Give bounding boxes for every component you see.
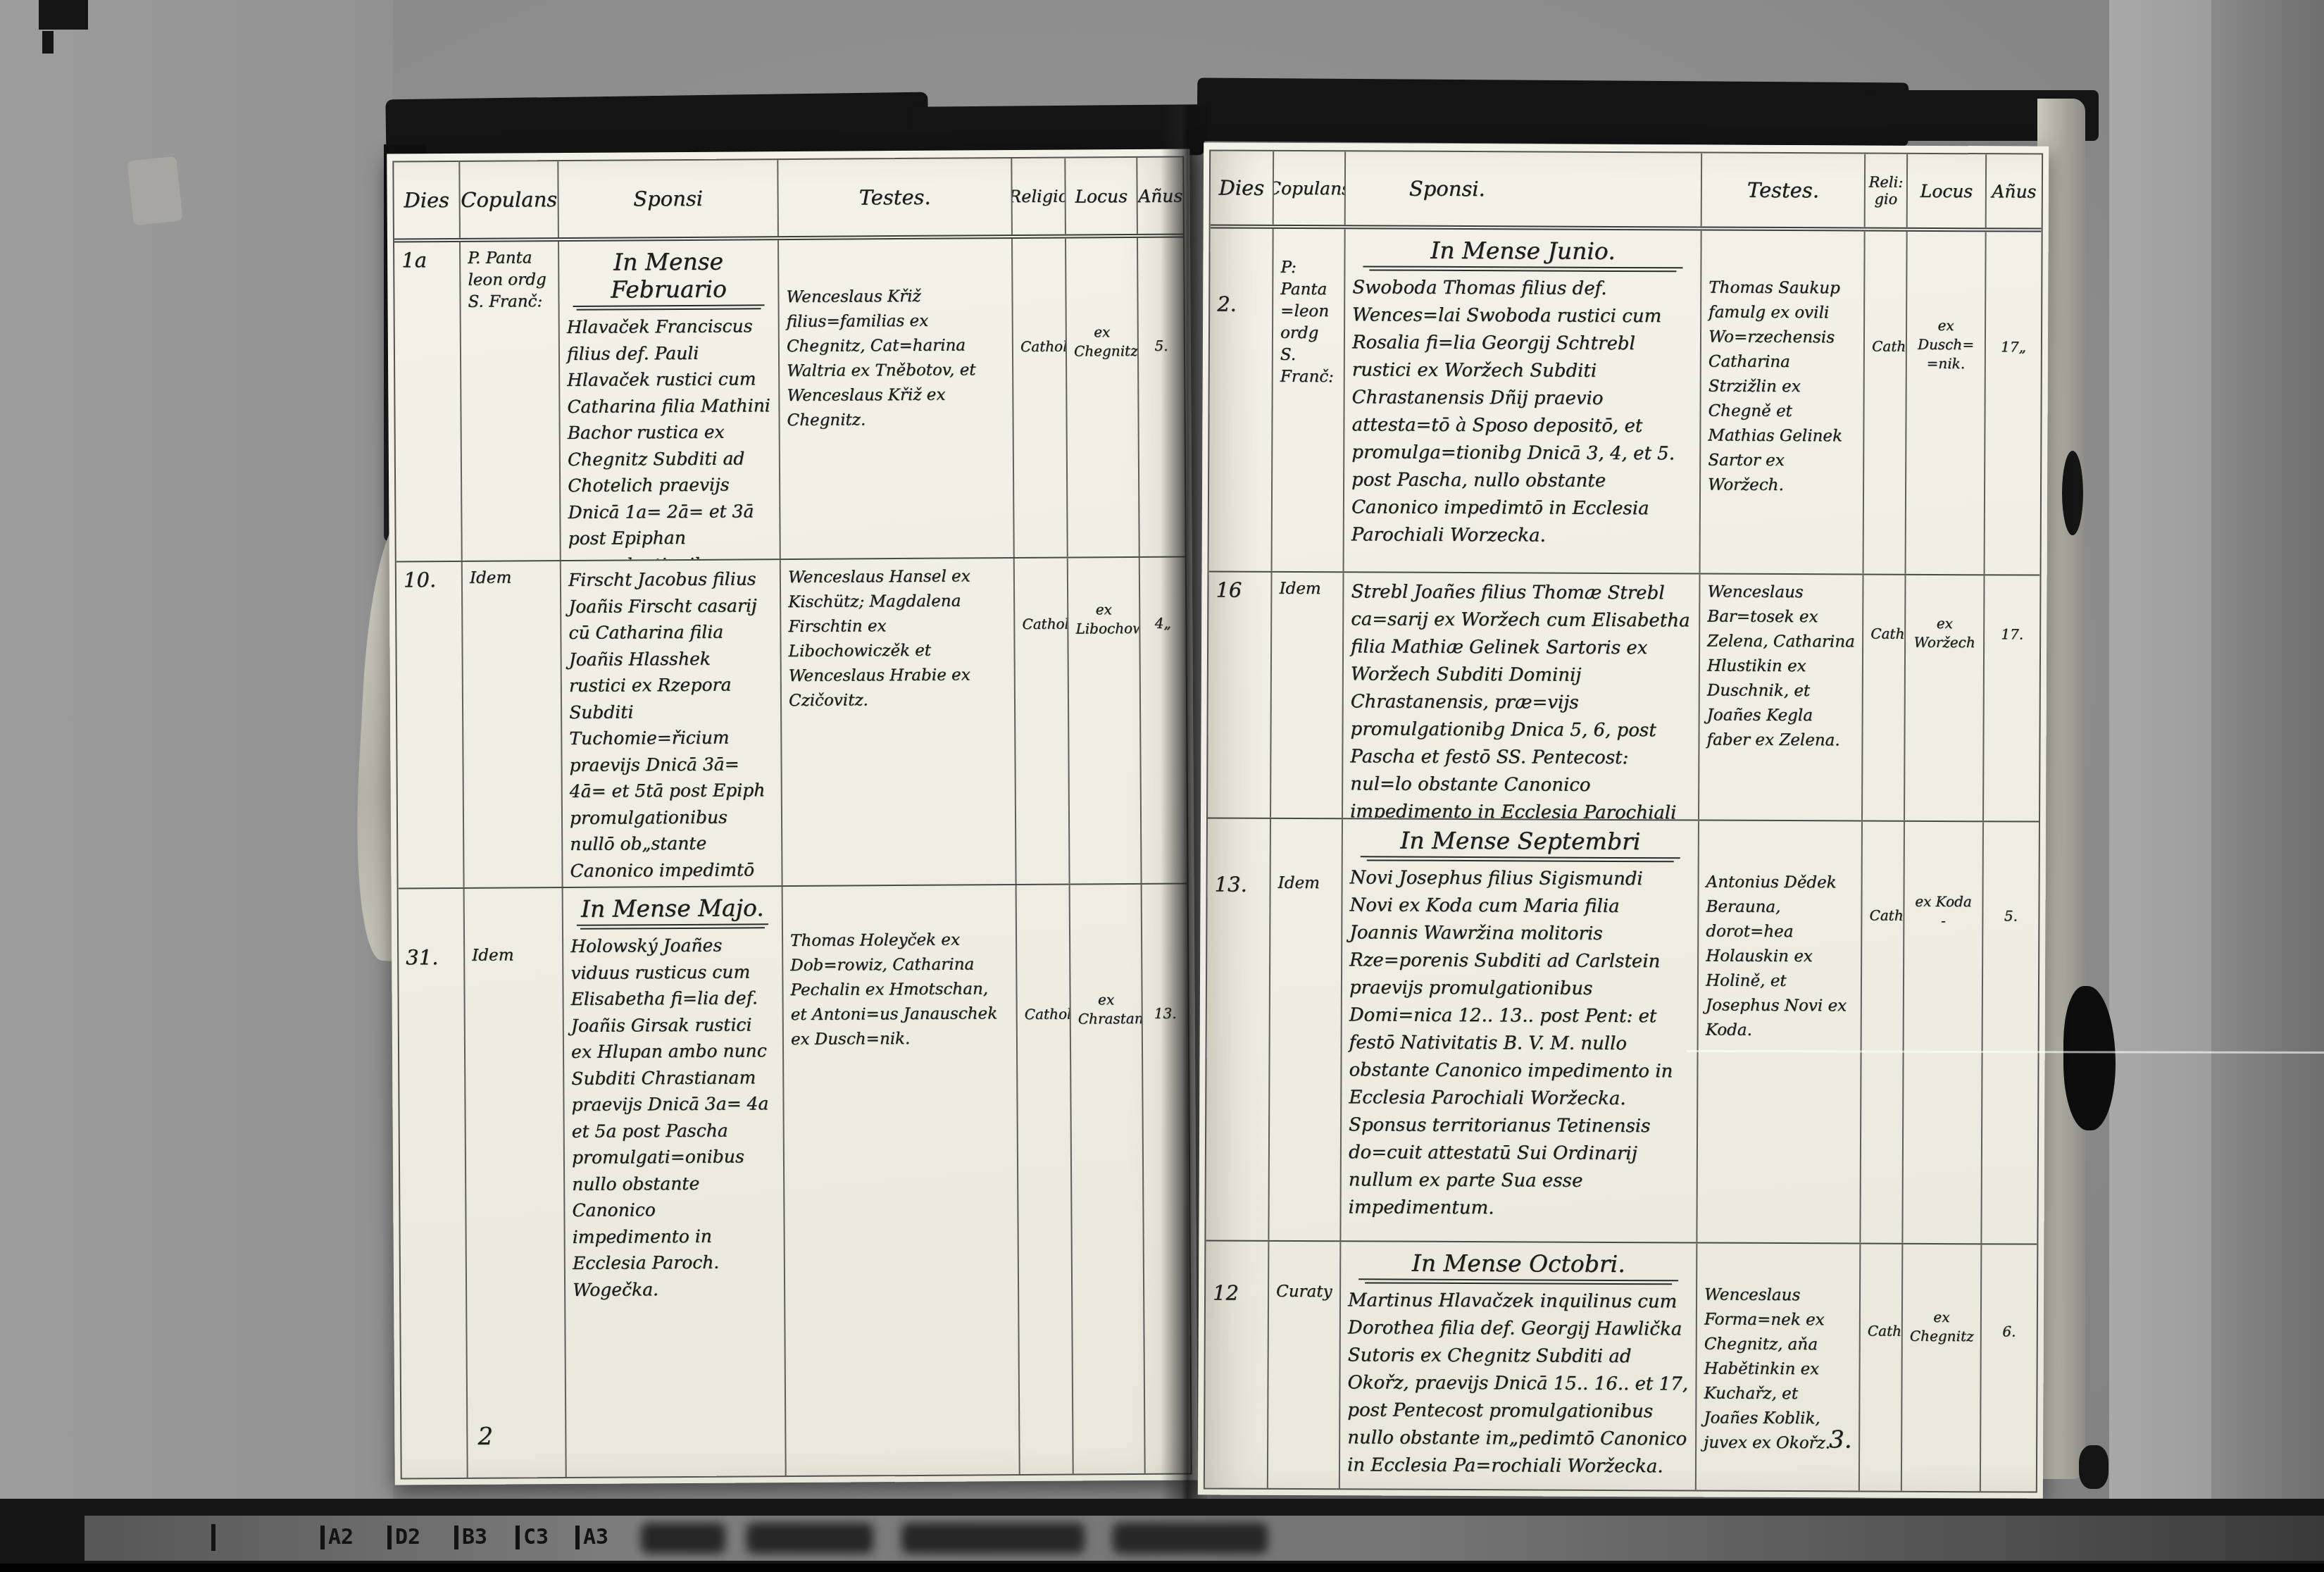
locus-cell: ex Woržech	[1904, 575, 1984, 821]
testes-cell: Wenceslaus Forma=nek ex Chegnitz, aňa Ha…	[1695, 1243, 1860, 1492]
religio-cell: Cathol.	[1016, 885, 1073, 1480]
book-top-edge	[1197, 77, 1909, 146]
sponsi-text: Martinus Hlavačzek inquilinus cum Doroth…	[1347, 1290, 1688, 1477]
column-header-locus: Locus	[1906, 154, 1985, 227]
testes-cell: Wenceslaus Hansel ex Kischütz; Magdalena…	[780, 559, 1016, 885]
sponsi-cell: Firscht Jacobus filius Joañis Firscht ca…	[560, 560, 782, 887]
dies-cell: 16	[1208, 572, 1271, 817]
religio-cell: Cathol.	[1858, 1244, 1902, 1492]
sponsi-text: Swoboda Thomas filius def. Wences=lai Sw…	[1351, 277, 1675, 546]
dies-cell: 10.	[396, 562, 463, 888]
sponsi-cell: In Mense Octobri. Martinus Hlavačzek inq…	[1339, 1242, 1697, 1492]
register-entry: 1a P. Panta leon ordg S. Franč: In Mense…	[394, 238, 1185, 561]
register-entry: 16 Idem Strebl Joañes filius Thomæ Streb…	[1208, 570, 2040, 821]
column-header-sponsi: Sponsi	[557, 160, 777, 237]
religio-cell: Cathol.	[1013, 559, 1069, 884]
sponsi-cell: In Mense Junio. Swoboda Thomas filius de…	[1343, 229, 1701, 573]
copulans-cell: P. Panta leon ordg S. Franč:	[459, 242, 560, 561]
sponsi-text: Hlavaček Franciscus filius def. Pauli Hl…	[567, 316, 770, 560]
month-header: In Mense Majo.	[576, 894, 768, 926]
ruled-table-left: Dies Copulans Sponsi Testes. Religio Loc…	[392, 156, 1192, 1480]
column-header-row: Dies Copulans Sponsi. Testes. Reli: gio …	[1211, 151, 2042, 232]
film-smear	[641, 1523, 725, 1554]
copulans-cell: Idem	[1270, 573, 1343, 818]
register-page-left: Dies Copulans Sponsi Testes. Religio Loc…	[387, 149, 1198, 1485]
film-band: A2 D2 B3 C3 A3	[85, 1516, 2324, 1561]
film-edge-code: A3	[575, 1526, 608, 1549]
edge-blob	[2079, 1445, 2109, 1489]
film-edge-code: A2	[320, 1526, 354, 1549]
column-header-row: Dies Copulans Sponsi Testes. Religio Loc…	[394, 158, 1183, 243]
testes-cell: Wenceslaus Bar=tosek ex Zelena, Catharin…	[1698, 574, 1863, 820]
edge-blob	[2063, 986, 2116, 1130]
film-smear	[1113, 1523, 1268, 1554]
column-header-religio: Reli: gio	[1864, 154, 1906, 227]
corner-mark	[42, 31, 54, 54]
left-margin-band	[0, 0, 393, 1572]
locus-cell: ex Dusch= =nik.	[1905, 232, 1985, 574]
register-entry: 2. P: Panta =leon ordg S. Franč: In Mens…	[1209, 228, 2042, 574]
religio-cell: Cathol.	[1859, 821, 1904, 1242]
aetas-cell: 17.	[1982, 575, 2040, 821]
column-header-locus: Locus	[1064, 158, 1137, 235]
film-tick	[211, 1524, 215, 1551]
testes-cell: Wenceslaus Křiž filius=familias ex Chegn…	[777, 239, 1013, 559]
right-light-strip	[2109, 0, 2211, 1572]
sponsi-text: Strebl Joañes filius Thomæ Strebl ca=sar…	[1350, 581, 1690, 819]
dies-cell: 12	[1205, 1241, 1268, 1492]
dies-cell: 1a	[394, 242, 461, 561]
locus-cell: ex Chegnitz.	[1065, 238, 1139, 557]
locus-cell: ex Chrastan	[1069, 885, 1144, 1479]
dies-cell: 31.	[399, 889, 467, 1480]
month-header: In Mense Junio.	[1363, 236, 1683, 268]
column-header-testes: Testes.	[1701, 153, 1864, 227]
copulans-cell: Idem	[461, 561, 562, 887]
register-page-right: Dies Copulans Sponsi. Testes. Reli: gio …	[1198, 142, 2049, 1498]
film-edge-code: D2	[387, 1526, 420, 1549]
register-entry: 13. Idem In Mense Septembri Novi Josephu…	[1206, 817, 2039, 1243]
ruled-table-right: Dies Copulans Sponsi. Testes. Reli: gio …	[1204, 149, 2043, 1492]
testes-cell: Antonius Dědek Berauna, dorot=hea Holaus…	[1696, 821, 1861, 1242]
column-header-dies: Dies	[394, 162, 459, 239]
column-header-aetas: Añus	[1985, 154, 2042, 227]
sponsi-cell: In Mense Majo. Holowský Joañes viduus ru…	[562, 887, 785, 1479]
register-entry: 12 Curaty In Mense Octobri. Martinus Hla…	[1205, 1240, 2037, 1492]
film-bottom-edge	[0, 1564, 2324, 1572]
month-header: In Mense Februario	[573, 247, 765, 307]
register-entry: 10. Idem Firscht Jacobus filius Joañis F…	[396, 556, 1187, 888]
copulans-cell: Curaty	[1267, 1242, 1340, 1493]
paper-tab	[127, 156, 182, 226]
sponsi-cell: In Mense Septembri Novi Josephus filius …	[1339, 819, 1698, 1242]
dies-cell: 2.	[1209, 228, 1273, 570]
microfilm-scan: Dies Copulans Sponsi Testes. Religio Loc…	[0, 0, 2324, 1572]
month-header: In Mense Octobri.	[1358, 1249, 1679, 1281]
testes-cell: Thomas Holeyček ex Dob=rowiz, Catharina …	[782, 885, 1019, 1479]
month-header: In Mense Septembri	[1360, 826, 1680, 859]
column-header-copulans: Copulans	[458, 161, 558, 238]
right-dark-band	[2211, 0, 2324, 1572]
page-number: 2	[477, 1423, 493, 1451]
edge-blob	[2062, 451, 2083, 535]
column-header-religio: Religio	[1011, 158, 1065, 235]
copulans-cell: Idem	[1268, 819, 1342, 1240]
page-number: 3.	[1829, 1426, 1852, 1454]
column-header-sponsi: Sponsi.	[1344, 151, 1701, 226]
sponsi-cell: In Mense Februario Hlavaček Franciscus f…	[558, 240, 780, 560]
column-header-testes: Testes.	[777, 158, 1011, 236]
dies-cell: 13.	[1206, 818, 1270, 1240]
religio-cell: Cathol.	[1011, 239, 1067, 557]
locus-cell: ex Koda -	[1901, 822, 1982, 1243]
sponsi-text: Novi Josephus filius Sigismundi Novi ex …	[1349, 867, 1673, 1218]
film-smear	[901, 1523, 1085, 1554]
copulans-cell: P: Panta =leon ordg S. Franč:	[1271, 229, 1344, 571]
locus-cell: ex Chegnitz	[1901, 1244, 1981, 1493]
film-strip: A2 D2 B3 C3 A3	[0, 1499, 2324, 1572]
sponsi-text: Holowský Joañes viduus rusticus cum Elis…	[570, 935, 768, 1300]
aetas-cell: 17„	[1984, 232, 2042, 574]
register-entry: 31. Idem In Mense Majo. Holowský Joañes …	[399, 883, 1191, 1480]
aetas-cell: 5.	[1980, 822, 2039, 1243]
film-edge-code: C3	[516, 1526, 549, 1549]
sponsi-text: Firscht Jacobus filius Joañis Firscht ca…	[568, 568, 766, 887]
testes-cell: Thomas Saukup famulg ex ovili Wo=rzechen…	[1699, 230, 1864, 573]
aetas-cell: 6.	[1980, 1244, 2037, 1492]
copulans-cell: Idem	[463, 888, 566, 1479]
religio-cell: Cathol.	[1861, 575, 1905, 820]
locus-cell: ex Libochowiczěk	[1067, 558, 1141, 884]
column-header-copulans: Copulans	[1273, 151, 1344, 225]
film-edge-code: B3	[454, 1526, 487, 1549]
film-smear	[746, 1523, 873, 1554]
sponsi-cell: Strebl Joañes filius Thomæ Strebl ca=sar…	[1342, 573, 1699, 819]
column-header-dies: Dies	[1211, 151, 1273, 224]
religio-cell: Cathol.	[1863, 231, 1906, 573]
corner-mark	[39, 0, 88, 30]
